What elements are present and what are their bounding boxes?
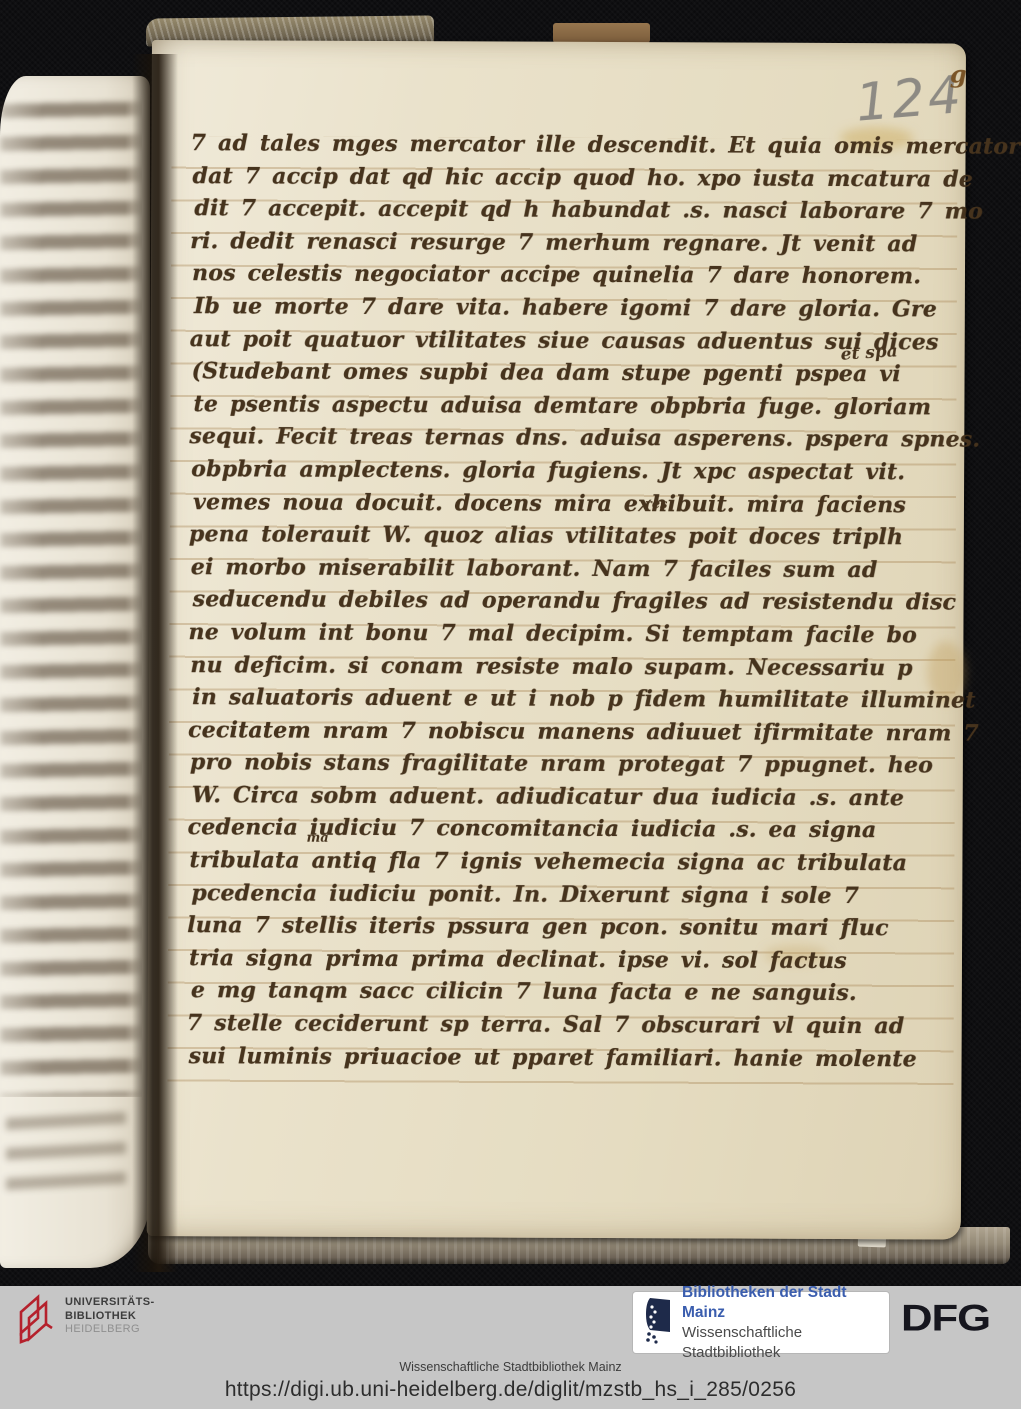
dfg-logo: DFG <box>901 1297 990 1339</box>
mainz-logo-line1: Bibliotheken der Stadt Mainz <box>682 1283 889 1323</box>
manuscript-line: sui luminis priuacioe ut pparet familiar… <box>188 1040 952 1076</box>
footer-caption: Wissenschaftliche Stadtbibliothek Mainz <box>0 1360 1021 1374</box>
facing-page-blurred-text <box>0 92 142 1097</box>
manuscript-line: 7 ad tales mges mercator ille descendit.… <box>190 127 954 163</box>
manuscript-line: luna 7 stellis iteris pssura gen pcon. s… <box>187 909 951 945</box>
heidelberg-logo-line1: UNIVERSITÄTS- <box>65 1296 155 1310</box>
facing-page <box>0 76 150 1268</box>
manuscript-line: obpbria amplectens. gloria fugiens. Jt x… <box>191 453 955 489</box>
manuscript-line: pcedencia iudiciu ponit. In. Dixerunt si… <box>191 877 955 913</box>
footer-url: https://digi.ub.uni-heidelberg.de/diglit… <box>0 1378 1021 1402</box>
manuscript-line: te psentis aspectu aduisa demtare obpbri… <box>193 388 957 424</box>
manuscript-line: nos celestis negociator accipe quinelia … <box>192 258 956 294</box>
footer-bar: UNIVERSITÄTS- BIBLIOTHEK HEIDELBERG Bibl… <box>0 1286 1021 1409</box>
manuscript-line: ei morbo miserabilit laborant. Nam 7 fac… <box>191 551 955 587</box>
mainz-logo: Bibliotheken der Stadt Mainz Wissenschaf… <box>633 1292 889 1353</box>
manuscript-text-block: 7 ad tales mges mercator ille descendit.… <box>188 127 956 1076</box>
mainz-logo-line2: Wissenschaftliche Stadtbibliothek <box>682 1323 889 1363</box>
facing-page-blurred-note <box>6 1108 126 1196</box>
book-spine-edge <box>553 23 650 43</box>
manuscript-line: tria signa prima prima declinat. ipse vi… <box>189 942 953 978</box>
heidelberg-logo-line2: BIBLIOTHEK <box>65 1310 155 1324</box>
manuscript-line: nu deficim. si conam resiste malo supam.… <box>190 649 954 685</box>
heidelberg-logo: UNIVERSITÄTS- BIBLIOTHEK HEIDELBERG <box>12 1292 155 1353</box>
manuscript-line: ri. dedit renasci resurge 7 merhum regna… <box>190 225 954 261</box>
manuscript-line: 7 stelle ceciderunt sp terra. Sal 7 obsc… <box>187 1007 951 1043</box>
manuscript-line: dit 7 accepit. accepit qd h habundat .s.… <box>194 192 958 228</box>
manuscript-line: tribulata antiq fla 7 ignis vehemecia si… <box>189 844 953 880</box>
manuscript-line: sequi. Fecit treas ternas dns. aduisa as… <box>189 421 953 457</box>
interlinear-gloss: res <box>645 497 668 512</box>
book-gutter-shadow <box>132 54 178 1272</box>
manuscript-line: pena tolerauit W. quoz alias vtilitates … <box>189 518 953 554</box>
manuscript-line: seducendu debiles ad operandu fragiles a… <box>192 583 956 619</box>
interlinear-gloss: ma <box>306 831 328 846</box>
heidelberg-logo-line3: HEIDELBERG <box>65 1323 155 1337</box>
manuscript-line: cedencia iudiciu 7 concomitancia iudicia… <box>187 812 951 848</box>
scan-viewport: 7 ad tales mges mercator ille descendit.… <box>0 0 1021 1409</box>
manuscript-line: pro nobis stans fragilitate nram protega… <box>190 746 954 782</box>
corner-ink-mark: g <box>950 59 967 88</box>
manuscript-line: aut poit quatuor vtilitates siue causas … <box>190 323 954 359</box>
manuscript-line: in saluatoris aduent e ut i nob p fidem … <box>192 681 956 717</box>
marginal-note: et spa <box>840 341 898 365</box>
manuscript-line: Ib ue morte 7 dare vita. habere igomi 7 … <box>194 290 958 326</box>
manuscript-line: dat 7 accip dat qd hic accip quod ho. xp… <box>192 160 956 196</box>
manuscript-line: W. Circa sobm aduent. adiudicatur dua iu… <box>192 779 956 815</box>
manuscript-line: cecitatem nram 7 nobiscu manens adiuuet … <box>188 714 952 750</box>
heidelberg-logo-icon <box>12 1292 56 1353</box>
mainz-book-icon <box>642 1295 674 1350</box>
manuscript-line: vemes noua docuit. docens mira exhibuit.… <box>193 486 957 522</box>
manuscript-line: ne volum int bonu 7 mal decipim. Si temp… <box>188 616 952 652</box>
manuscript-page: 7 ad tales mges mercator ille descendit.… <box>147 40 966 1240</box>
manuscript-line: e mg tanqm sacc cilicin 7 luna facta e n… <box>191 975 955 1011</box>
